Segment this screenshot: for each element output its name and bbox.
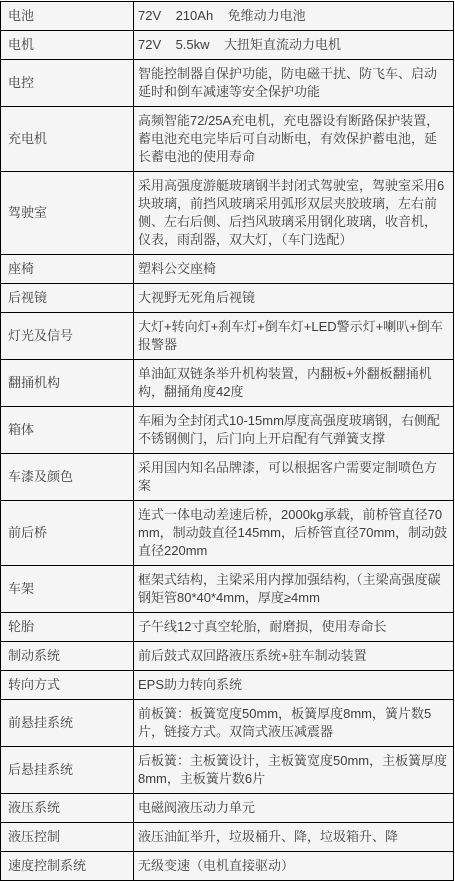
spec-row: 转向方式 EPS助力转向系统	[1, 671, 454, 700]
spec-label: 车漆及颜色	[1, 454, 134, 501]
spec-row: 前后桥 连式一体电动差速后桥，2000kg承载，前桥管直径70mm，制动鼓直径1…	[1, 501, 454, 566]
spec-label: 制动系统	[1, 642, 134, 671]
spec-value: 智能控制器自保护功能，防电磁干扰、防飞车、启动延时和倒车减速等安全保护功能	[134, 60, 454, 107]
spec-row: 电控 智能控制器自保护功能，防电磁干扰、防飞车、启动延时和倒车减速等安全保护功能	[1, 60, 454, 107]
spec-value: 高频智能72/25A充电机，充电器设有断路保护装置，蓄电池充电完毕后可自动断电，…	[134, 107, 454, 172]
spec-row: 电机 72V 5.5kw 大扭矩直流动力电机	[1, 31, 454, 60]
spec-row: 液压控制 液压油缸举升，垃圾桶升、降，垃圾箱升、降	[1, 823, 454, 852]
spec-value: 大灯+转向灯+刹车灯+倒车灯+LED警示灯+喇叭+倒车报警器	[134, 313, 454, 360]
spec-row: 后视镜 大视野无死角后视镜	[1, 284, 454, 313]
spec-label: 电池	[1, 2, 134, 31]
spec-label: 座椅	[1, 255, 134, 284]
spec-value: 72V 5.5kw 大扭矩直流动力电机	[134, 31, 454, 60]
spec-label: 车架	[1, 566, 134, 613]
spec-row: 速度控制系统 无级变速（电机直接驱动）	[1, 852, 454, 881]
spec-value: 后板簧：主板簧设计，主板簧宽度50mm，主板簧厚度8mm，主板簧片数6片	[134, 747, 454, 794]
spec-label: 转向方式	[1, 671, 134, 700]
spec-row: 车漆及颜色 采用国内知名品牌漆，可以根据客户需要定制喷色方案	[1, 454, 454, 501]
spec-row: 驾驶室 采用高强度游艇玻璃钢半封闭式驾驶室，驾驶室采用6块玻璃，前挡风玻璃采用弧…	[1, 172, 454, 255]
spec-row: 轮胎 子午线12寸真空轮胎，耐磨损，使用寿命长	[1, 613, 454, 642]
spec-table: 电池 72V 210Ah 免维动力电池 电机 72V 5.5kw 大扭矩直流动力…	[0, 1, 454, 881]
spec-row: 充电机 高频智能72/25A充电机，充电器设有断路保护装置，蓄电池充电完毕后可自…	[1, 107, 454, 172]
spec-value: 液压油缸举升，垃圾桶升、降，垃圾箱升、降	[134, 823, 454, 852]
spec-value: 框架式结构，主梁采用内撑加强结构,（主梁高强度碳钢矩管80*40*4mm，厚度≥…	[134, 566, 454, 613]
spec-label: 后视镜	[1, 284, 134, 313]
spec-row: 灯光及信号 大灯+转向灯+刹车灯+倒车灯+LED警示灯+喇叭+倒车报警器	[1, 313, 454, 360]
spec-label: 电机	[1, 31, 134, 60]
spec-table-body: 电池 72V 210Ah 免维动力电池 电机 72V 5.5kw 大扭矩直流动力…	[1, 2, 454, 881]
spec-value: EPS助力转向系统	[134, 671, 454, 700]
spec-value: 采用高强度游艇玻璃钢半封闭式驾驶室，驾驶室采用6块玻璃，前挡风玻璃采用弧形双层夹…	[134, 172, 454, 255]
spec-value: 车厢为全封闭式10-15mm厚度高强度玻璃钢，右侧配不锈钢侧门，后门向上开启配有…	[134, 407, 454, 454]
spec-value: 前板簧：板簧宽度50mm，板簧厚度8mm，簧片数5片，链接方式。双筒式液压减震器	[134, 700, 454, 747]
spec-row: 电池 72V 210Ah 免维动力电池	[1, 2, 454, 31]
spec-label: 前悬挂系统	[1, 700, 134, 747]
spec-row: 制动系统 前后鼓式双回路液压系统+驻车制动装置	[1, 642, 454, 671]
spec-value: 塑料公交座椅	[134, 255, 454, 284]
spec-label: 液压系统	[1, 794, 134, 823]
spec-row: 翻捅机构 单油缸双链条举升机构装置，内翻板+外翻板翻捅机构，翻捅角度42度	[1, 360, 454, 407]
spec-value: 前后鼓式双回路液压系统+驻车制动装置	[134, 642, 454, 671]
spec-label: 速度控制系统	[1, 852, 134, 881]
spec-value: 子午线12寸真空轮胎，耐磨损，使用寿命长	[134, 613, 454, 642]
spec-value: 大视野无死角后视镜	[134, 284, 454, 313]
spec-label: 后悬挂系统	[1, 747, 134, 794]
spec-value: 72V 210Ah 免维动力电池	[134, 2, 454, 31]
spec-value: 采用国内知名品牌漆，可以根据客户需要定制喷色方案	[134, 454, 454, 501]
spec-row: 前悬挂系统 前板簧：板簧宽度50mm，板簧厚度8mm，簧片数5片，链接方式。双筒…	[1, 700, 454, 747]
spec-value: 单油缸双链条举升机构装置，内翻板+外翻板翻捅机构，翻捅角度42度	[134, 360, 454, 407]
spec-row: 后悬挂系统 后板簧：主板簧设计，主板簧宽度50mm，主板簧厚度8mm，主板簧片数…	[1, 747, 454, 794]
spec-row: 箱体 车厢为全封闭式10-15mm厚度高强度玻璃钢，右侧配不锈钢侧门，后门向上开…	[1, 407, 454, 454]
spec-label: 轮胎	[1, 613, 134, 642]
spec-label: 电控	[1, 60, 134, 107]
spec-label: 灯光及信号	[1, 313, 134, 360]
spec-row: 座椅 塑料公交座椅	[1, 255, 454, 284]
spec-label: 箱体	[1, 407, 134, 454]
spec-label: 前后桥	[1, 501, 134, 566]
spec-label: 充电机	[1, 107, 134, 172]
spec-value: 电磁阀液压动力单元	[134, 794, 454, 823]
spec-label: 翻捅机构	[1, 360, 134, 407]
spec-value: 无级变速（电机直接驱动）	[134, 852, 454, 881]
spec-row: 车架 框架式结构，主梁采用内撑加强结构,（主梁高强度碳钢矩管80*40*4mm，…	[1, 566, 454, 613]
spec-label: 驾驶室	[1, 172, 134, 255]
spec-label: 液压控制	[1, 823, 134, 852]
spec-row: 液压系统 电磁阀液压动力单元	[1, 794, 454, 823]
spec-value: 连式一体电动差速后桥，2000kg承载，前桥管直径70mm，制动鼓直径145mm…	[134, 501, 454, 566]
